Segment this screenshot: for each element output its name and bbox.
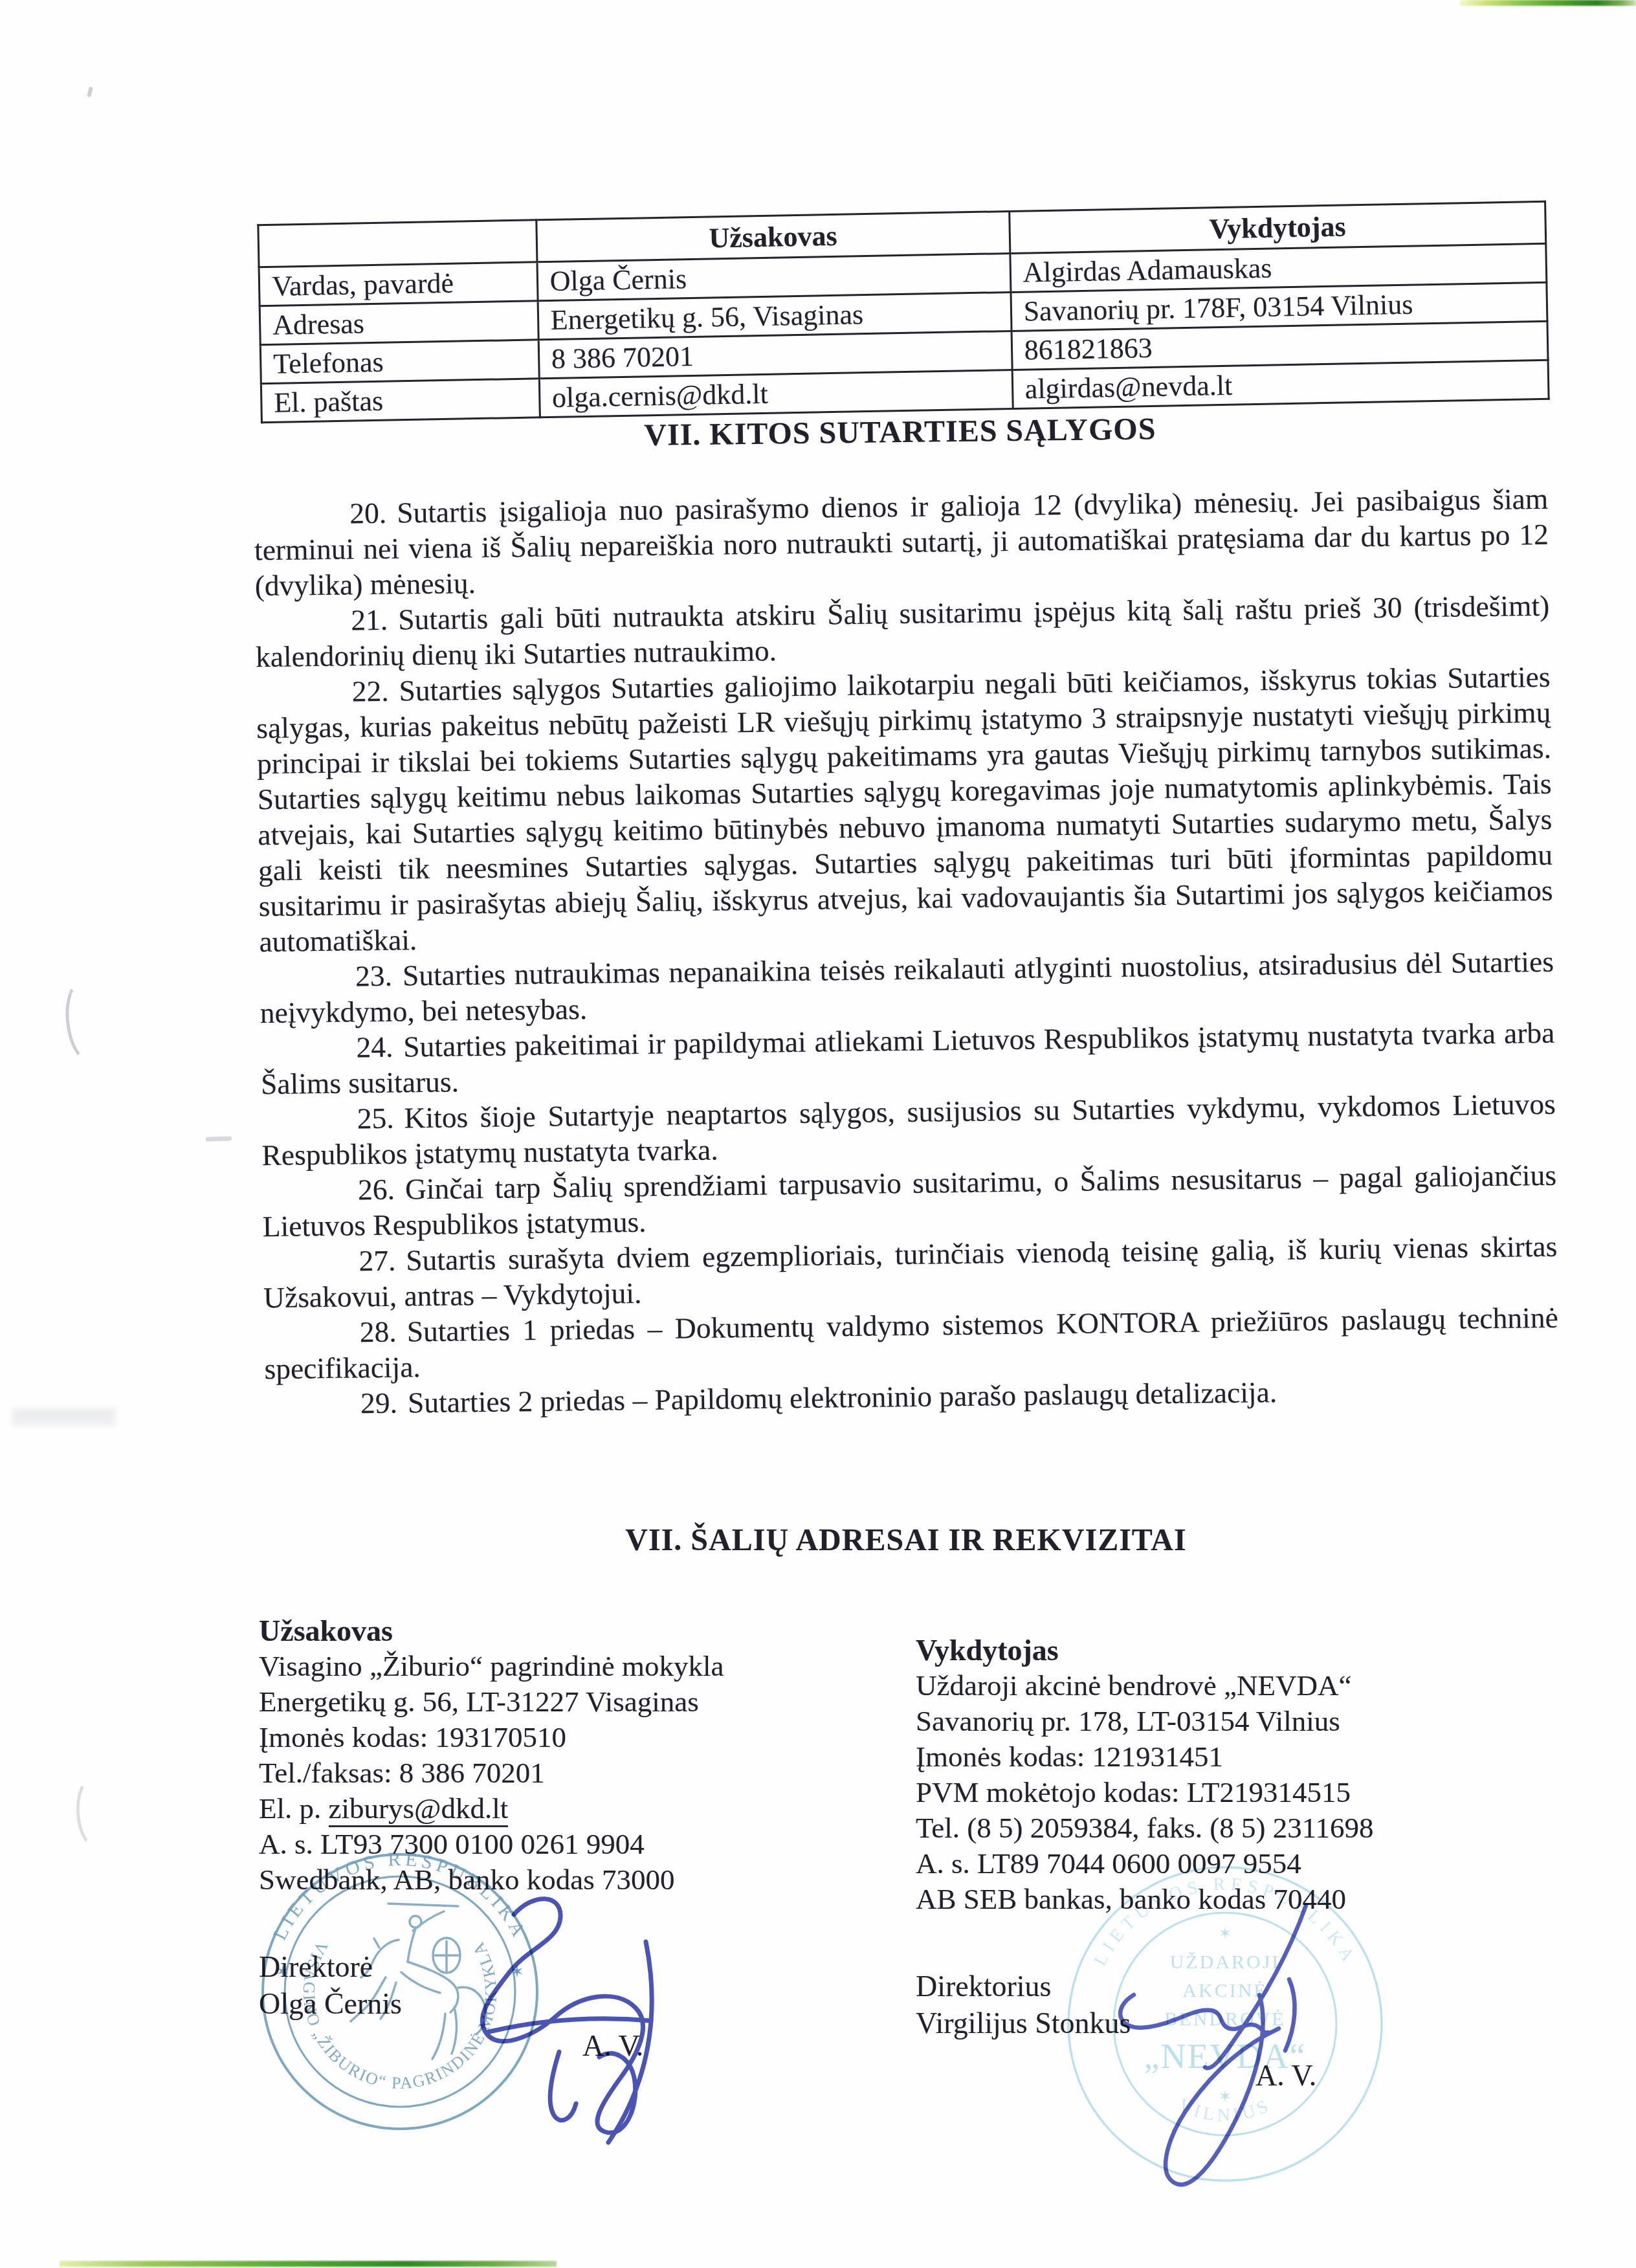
vykdytojas-name: Uždaroji akcinė bendrovė „NEVDA“ <box>916 1668 1553 1704</box>
uzsakovas-signer-block: Direktorė Olga Černis <box>259 1948 916 2022</box>
scan-curve-artifact-2 <box>74 1776 115 1850</box>
header-empty-cell <box>258 220 537 267</box>
vykdytojas-company-code: Įmonės kodas: 121931451 <box>916 1739 1553 1775</box>
row-label: Telefonas <box>260 340 539 384</box>
row-label: Vardas, pavardė <box>259 262 538 306</box>
uzsakovas-company-code: Įmonės kodas: 193170510 <box>259 1720 916 1755</box>
uzsakovas-signer-name: Olga Černis <box>259 1985 916 2022</box>
uzsakovas-signer-title: Direktorė <box>259 1948 916 1985</box>
vykdytojas-signer-name: Virgilijus Stonkus <box>916 2005 1553 2041</box>
row-label: Adresas <box>260 301 538 345</box>
vykdytojas-vat-code: PVM mokėtojo kodas: LT219314515 <box>916 1775 1553 1810</box>
vykdytojas-account: A. s. LT89 7044 0600 0097 9554 <box>916 1846 1553 1882</box>
uzsakovas-email-line: El. p. ziburys@dkd.lt <box>259 1791 916 1827</box>
uzsakovas-requisites: Užsakovas Visagino „Žiburio“ pagrindinė … <box>259 1613 916 2092</box>
vykdytojas-address: Savanorių pr. 178, LT-03154 Vilnius <box>916 1704 1553 1739</box>
uzsakovas-email: ziburys@dkd.lt <box>329 1792 509 1827</box>
uzsakovas-bank: Swedbank, AB, banko kodas 73000 <box>259 1862 916 1898</box>
requisites-section: VII. ŠALIŲ ADRESAI IR REKVIZITAI Užsakov… <box>259 1522 1553 2092</box>
row-value-uzsakovas: olga.cernis@dkd.lt <box>539 370 1013 417</box>
row-label: El. paštas <box>261 379 540 423</box>
vykdytojas-signer-block: Direktorius Virgilijus Stonkus <box>916 1968 1553 2041</box>
vykdytojas-signer-title: Direktorius <box>916 1968 1553 2005</box>
vykdytojas-phone-fax: Tel. (8 5) 2059384, faks. (8 5) 2311698 <box>916 1810 1553 1846</box>
uzsakovas-address: Energetikų g. 56, LT-31227 Visaginas <box>259 1684 916 1720</box>
scan-smudge-artifact <box>12 1408 115 1425</box>
scan-curve-artifact-1 <box>61 977 111 1065</box>
vykdytojas-role-label: Vykdytojas <box>916 1632 1553 1668</box>
requisites-heading: VII. ŠALIŲ ADRESAI IR REKVIZITAI <box>259 1522 1553 1558</box>
vykdytojas-requisites: Vykdytojas Uždaroji akcinė bendrovė „NEV… <box>916 1613 1553 2092</box>
vykdytojas-stamp-bottom-text: VILNIUS <box>1175 2095 1275 2126</box>
uzsakovas-phone: Tel./faksas: 8 386 70201 <box>259 1755 916 1791</box>
terms-section: VII. KITOS SUTARTIES SĄLYGOS 20.Sutartis… <box>253 406 1560 1422</box>
vykdytojas-seal-mark: A. V. <box>1255 2060 1553 2092</box>
scan-speck-artifact <box>87 87 93 98</box>
vykdytojas-bank: AB SEB bankas, banko kodas 70440 <box>916 1882 1553 1917</box>
clause-20: 20.Sutartis įsigalioja nuo pasirašymo di… <box>254 481 1549 603</box>
uzsakovas-account: A. s. LT93 7300 0100 0261 9904 <box>259 1827 916 1862</box>
clause-22: 22.Sutarties sąlygos Sutarties galiojimo… <box>256 659 1553 959</box>
uzsakovas-seal-mark: A. V. <box>582 2030 916 2062</box>
scanner-edge-strip-top <box>1460 0 1636 6</box>
svg-text:VILNIUS: VILNIUS <box>1175 2095 1275 2126</box>
scanner-edge-strip-bottom <box>60 2261 557 2267</box>
uzsakovas-role-label: Užsakovas <box>259 1613 916 1649</box>
scan-dash-artifact <box>206 1136 232 1141</box>
uzsakovas-name: Visagino „Žiburio“ pagrindinė mokykla <box>259 1649 916 1684</box>
parties-table-wrap: Užsakovas Vykdytojas Vardas, pavardė Olg… <box>257 201 1549 423</box>
parties-table: Užsakovas Vykdytojas Vardas, pavardė Olg… <box>257 201 1549 423</box>
scanned-document-page: Užsakovas Vykdytojas Vardas, pavardė Olg… <box>0 0 1636 2268</box>
